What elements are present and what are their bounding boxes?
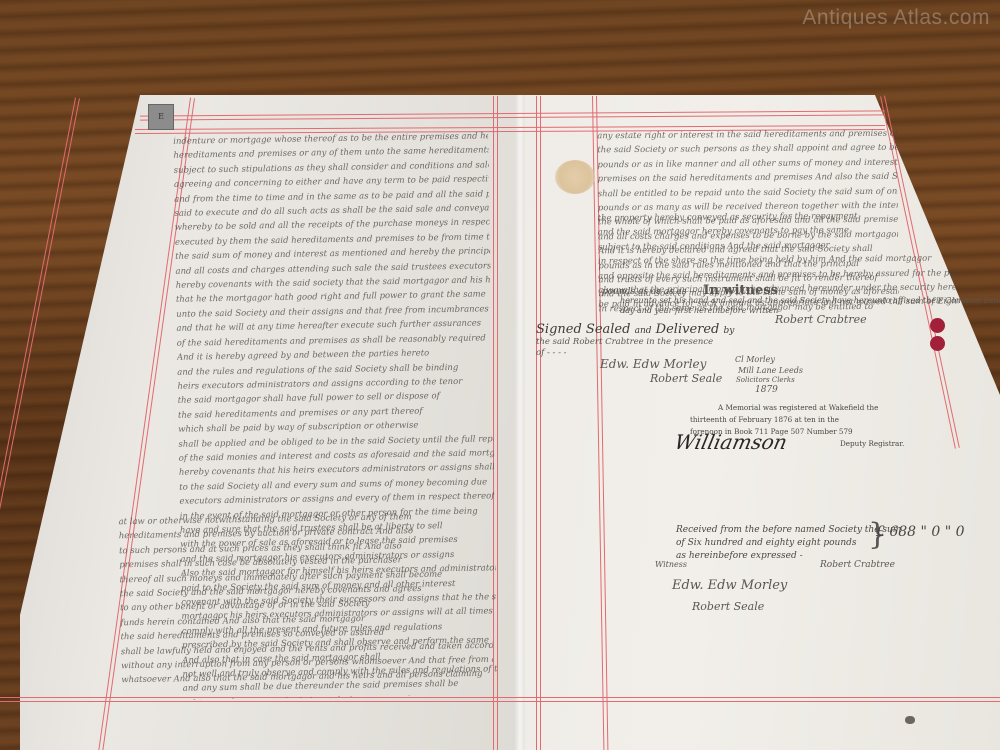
execution-clause-line3: of - - - - [536,348,567,358]
registration-line: A Memorial was registered at Wakefield t… [690,402,940,414]
registration-line: thirteenth of February 1876 at ten in th… [690,414,940,426]
ink-speck [905,716,915,724]
paper-seal [555,160,595,194]
wax-seal-2 [930,336,945,351]
witness-signature-morley: Edw. Edw Morley [600,357,706,371]
execution-clause: Signed Sealed and Delivered by [536,322,734,337]
receipt-signatory: Robert Crabtree [820,560,895,570]
left-page-text-lower: at law or otherwise notwithstanding the … [118,509,493,699]
wax-seal-1 [930,318,945,333]
execution-clause-line2: the said Robert Crabtree in the presence [536,337,713,347]
and-word: and [635,326,652,336]
witness-signature-seale: Robert Seale [650,372,722,385]
right-center-rule [536,96,541,750]
witness-address-1: Cl Morley [735,355,775,364]
witness-clause-line-2: day and year first hereinbefore written [620,306,778,315]
registrar-signature: Williamson [672,430,789,454]
by-word: by [724,326,735,336]
center-fold [515,95,525,750]
receipt-witness-seale: Robert Seale [692,600,764,613]
delivered-word: Delivered [656,322,720,337]
witness-address-3: Solicitors Clerks [736,376,795,384]
witness-clause-line: hereunto set his hand and seal and the s… [620,296,1000,305]
signed-word: Signed [536,322,582,337]
receipt-witness-label: Witness [655,560,687,569]
sealed-word: Sealed [586,322,631,337]
revenue-stamp: E [148,104,174,130]
signature-robert-crabtree-deed: Robert Crabtree [775,313,867,326]
witness-address-2: Mill Lane Leeds [738,366,803,375]
receipt-witness-morley: Edw. Edw Morley [672,578,787,593]
witness-year: 1879 [755,385,778,395]
document-photo: E indenture or mortgage whose thereof as… [0,0,1000,750]
receipt-amount: £ 688 " 0 " 0 [876,524,965,540]
